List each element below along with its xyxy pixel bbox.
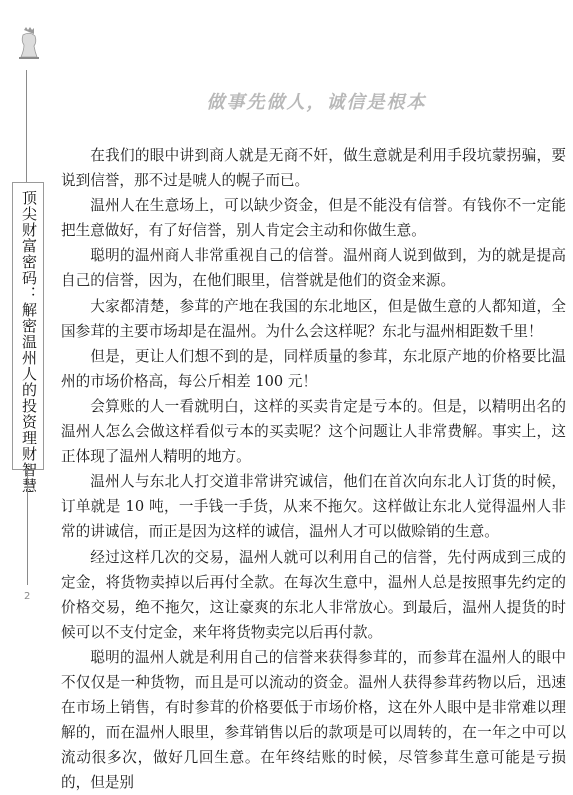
margin-rule-bottom [27, 470, 28, 585]
paragraph: 在我们的眼中讲到商人就是无商不奸，做生意就是利用手段坑蒙拐骗，要说到信誉，那不过… [61, 143, 566, 193]
paragraph: 温州人与东北人打交道非常讲究诚信，他们在首次向东北人订货的时候，订单就是 10 … [61, 469, 566, 544]
chess-knight-icon [16, 26, 42, 64]
article-body: 在我们的眼中讲到商人就是无商不奸，做生意就是利用手段坑蒙拐骗，要说到信誉，那不过… [61, 143, 566, 795]
paragraph: 会算账的人一看就明白，这样的买卖肯定是亏本的。但是，以精明出名的温州人怎么会做这… [61, 394, 566, 469]
paragraph: 大家都清楚，参茸的产地在我国的东北地区，但是做生意的人都知道，全国参茸的主要市场… [61, 294, 566, 344]
paragraph: 聪明的温州人就是利用自己的信誉来获得参茸的，而参茸在温州人的眼中不仅仅是一种货物… [61, 645, 566, 795]
paragraph: 但是，更让人们想不到的是，同样质量的参茸，东北原产地的价格要比温州的市场价格高，… [61, 344, 566, 394]
paragraph: 经过这样几次的交易，温州人就可以利用自己的信誉，先付两成到三成的定金，将货物卖掉… [61, 545, 566, 645]
margin-rule-top [26, 70, 27, 182]
paragraph: 聪明的温州商人非常重视自己的信誉。温州商人说到做到，为的就是提高自己的信誉，因为… [61, 243, 566, 293]
paragraph: 温州人在生意场上，可以缺少资金，但是不能没有信誉。有钱你不一定能把生意做好，有了… [61, 193, 566, 243]
book-title: 顶尖财富密码：解密温州人的投资理财智慧 [18, 190, 40, 494]
section-heading: 做事先做人，诚信是根本 [0, 88, 573, 114]
page-number: 2 [24, 591, 30, 602]
